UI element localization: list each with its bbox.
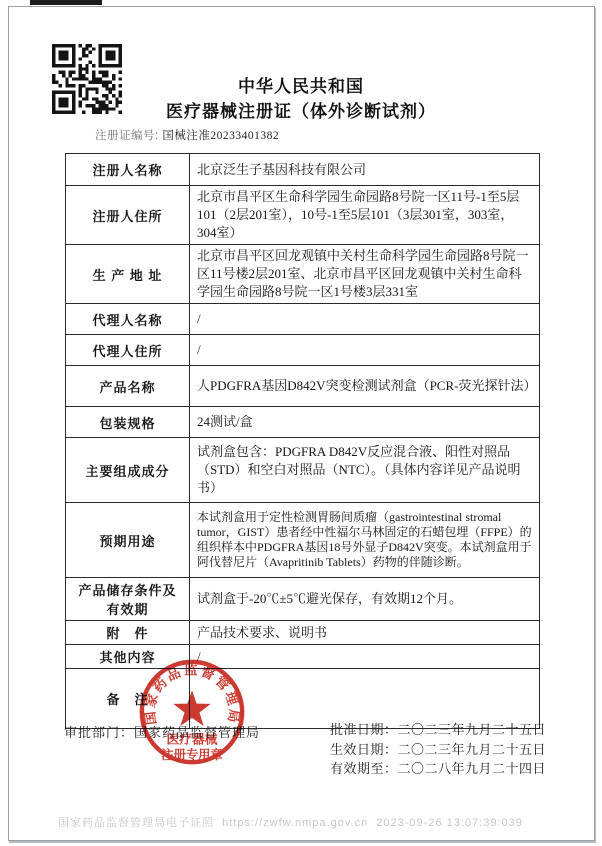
seal-center-line1: 医疗器械 (166, 731, 217, 746)
table-row-registrant-name: 注册人名称 北京泛生子基因科技有限公司 (66, 154, 539, 186)
row-label: 产品储存条件及 有效期 (66, 578, 190, 620)
approval-date-value: 二〇二三年九月二十五日 (398, 722, 547, 737)
row-value: 24测试/盒 (190, 407, 539, 437)
table-row-intended-use: 预期用途 本试剂盒用于定性检测胃肠间质瘤（gastrointestinal st… (66, 503, 539, 578)
seal-center-line2: 注册专用章 (161, 747, 223, 762)
scan-artifact (30, 0, 102, 5)
row-value: 北京市昌平区回龙观镇中关村生命科学园生命园路8号院一区11号楼2层201室、北京… (190, 245, 539, 303)
star-icon (173, 690, 210, 726)
table-row-agent-address: 代理人住所 / (66, 335, 539, 366)
row-label: 注册人名称 (66, 154, 190, 185)
row-label: 包装规格 (66, 407, 190, 437)
expiry-date-value: 二〇二八年九月二十四日 (398, 761, 547, 776)
table-row-storage-validity: 产品储存条件及 有效期 试剂盒于-20℃±5℃避光保存，有效期12个月。 (66, 578, 539, 621)
title-country: 中华人民共和国 (0, 74, 602, 99)
row-value: 试剂盒包含：PDGFRA D842V反应混合液、阳性对照品（STD）和空白对照品… (190, 438, 539, 502)
registration-number: 注册证编号: 国械注准20233401382 (95, 127, 279, 143)
certificate-document: { "certificate": { "title_line1": "中华人民共… (0, 0, 602, 846)
official-seal-icon: 国家药品监督管理局 医疗器械 注册专用章 (133, 653, 251, 771)
row-label: 代理人住所 (66, 335, 190, 365)
row-label: 注册人住所 (66, 186, 190, 244)
row-value: 北京泛生子基因科技有限公司 (190, 154, 539, 185)
effective-date: 生效日期：二〇二三年九月二十五日 (330, 740, 546, 760)
row-value: 本试剂盒用于定性检测胃肠间质瘤（gastrointestinal stromal… (190, 503, 539, 577)
table-row-main-components: 主要组成成分 试剂盒包含：PDGFRA D842V反应混合液、阳性对照品（STD… (66, 438, 539, 503)
registration-number-label: 注册证编号: (95, 130, 159, 142)
table-row-production-address: 生 产 地 址 北京市昌平区回龙观镇中关村生命科学园生命园路8号院一区11号楼2… (66, 245, 539, 304)
row-value: 北京市昌平区生命科学园生命园路8号院一区11号-1至5层101（2层201室），… (190, 186, 539, 244)
row-label: 生 产 地 址 (66, 245, 190, 303)
row-value: / (190, 335, 539, 365)
approval-department-label: 审批部门： (64, 725, 134, 740)
table-row-product-name: 产品名称 人PDGFRA基因D842V突变检测试剂盒（PCR-荧光探针法） (66, 366, 539, 407)
watermark-text: 国家药品监督管理局电子证照 https://zwfw.nmpa.gov.cn 2… (58, 814, 523, 830)
approval-date: 批准日期：二〇二三年九月二十五日 (330, 720, 546, 740)
row-label: 产品名称 (66, 366, 190, 406)
effective-date-label: 生效日期： (330, 742, 398, 757)
approval-date-label: 批准日期： (330, 722, 398, 737)
table-row-agent-name: 代理人名称 / (66, 304, 539, 335)
row-label: 代理人名称 (66, 304, 190, 334)
table-row-packaging-spec: 包装规格 24测试/盒 (66, 407, 539, 438)
table-row-attachments: 附 件 产品技术要求、说明书 (66, 621, 539, 645)
row-label: 附 件 (66, 621, 190, 644)
registration-number-value: 国械注准20233401382 (162, 130, 279, 142)
certificate-table: 注册人名称 北京泛生子基因科技有限公司 注册人住所 北京市昌平区生命科学园生命园… (65, 153, 540, 729)
expiry-date-label: 有效期至： (330, 761, 398, 776)
expiry-date: 有效期至：二〇二八年九月二十四日 (330, 759, 546, 779)
row-label: 预期用途 (66, 503, 190, 577)
title-cert-type: 医疗器械注册证（体外诊断试剂） (0, 99, 602, 124)
row-value: 人PDGFRA基因D842V突变检测试剂盒（PCR-荧光探针法） (190, 366, 539, 406)
row-value: 产品技术要求、说明书 (190, 621, 539, 644)
row-value: / (190, 304, 539, 334)
row-label: 主要组成成分 (66, 438, 190, 502)
effective-date-value: 二〇二三年九月二十五日 (398, 742, 547, 757)
table-row-registrant-address: 注册人住所 北京市昌平区生命科学园生命园路8号院一区11号-1至5层101（2层… (66, 186, 539, 245)
row-value: 试剂盒于-20℃±5℃避光保存，有效期12个月。 (190, 578, 539, 620)
certificate-title: 中华人民共和国 医疗器械注册证（体外诊断试剂） (0, 74, 602, 124)
date-block: 批准日期：二〇二三年九月二十五日 生效日期：二〇二三年九月二十五日 有效期至：二… (330, 720, 546, 779)
